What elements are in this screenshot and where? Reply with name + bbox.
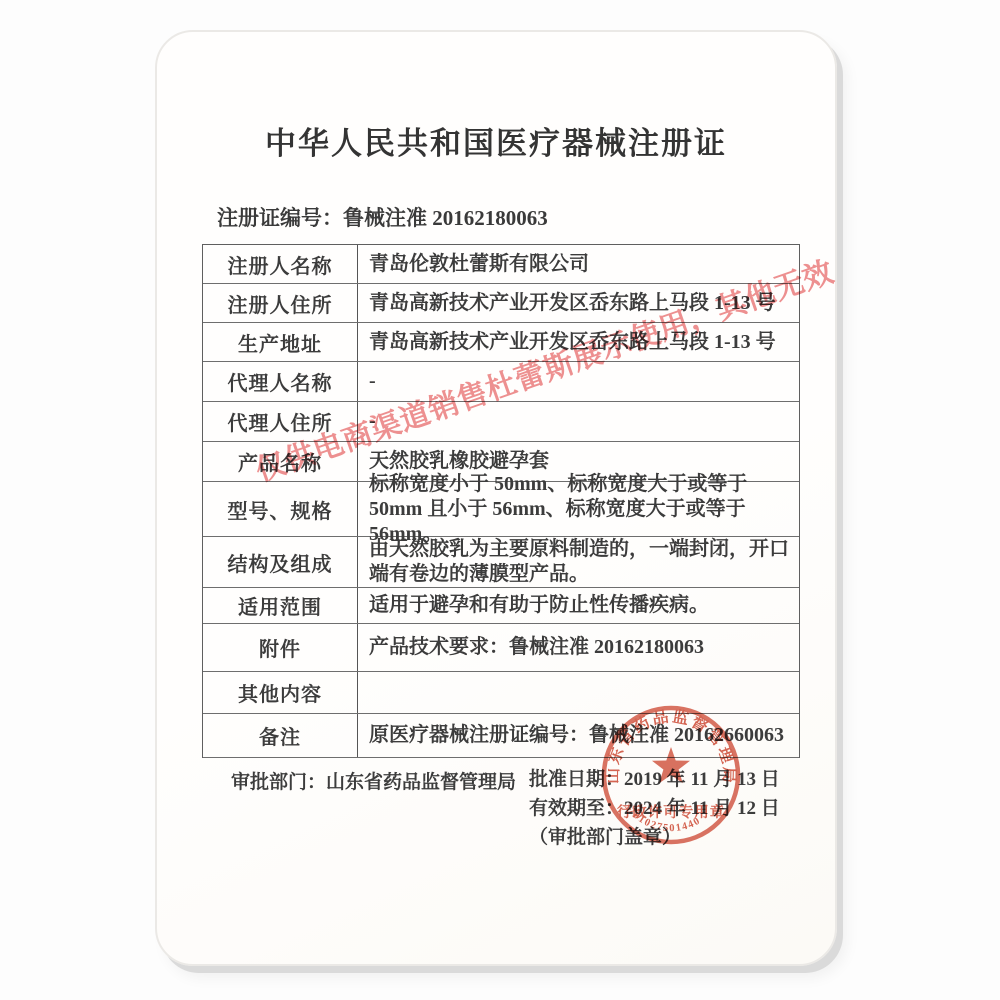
- table-row: 注册人名称 青岛伦敦杜蕾斯有限公司: [203, 245, 799, 284]
- row-value: 青岛高新技术产业开发区岙东路上马段 1-13 号: [358, 323, 799, 361]
- row-label: 其他内容: [203, 672, 358, 713]
- table-row: 型号、规格 标称宽度小于 50mm、标称宽度大于或等于 50mm 且小于 56m…: [203, 482, 799, 537]
- row-value: 产品技术要求：鲁械注准 20162180063: [358, 624, 799, 671]
- row-value: 由天然胶乳为主要原料制造的，一端封闭，开口端有卷边的薄膜型产品。: [358, 537, 799, 587]
- row-label: 型号、规格: [203, 482, 358, 536]
- row-value: 标称宽度小于 50mm、标称宽度大于或等于 50mm 且小于 56mm、标称宽度…: [358, 482, 799, 536]
- table-row: 适用范围 适用于避孕和有助于防止性传播疾病。: [203, 588, 799, 624]
- row-label: 注册人住所: [203, 284, 358, 322]
- table-row: 备注 原医疗器械注册证编号：鲁械注准 20162660063: [203, 714, 799, 758]
- screenshot: 中华人民共和国医疗器械注册证 注册证编号：鲁械注准 20162180063 注册…: [0, 0, 1000, 1000]
- table-row: 生产地址 青岛高新技术产业开发区岙东路上马段 1-13 号: [203, 323, 799, 362]
- row-label: 注册人名称: [203, 245, 358, 283]
- seal-note: （审批部门盖章）: [529, 823, 780, 852]
- registration-number-value: 鲁械注准 20162180063: [343, 206, 548, 230]
- row-label: 代理人住所: [203, 402, 358, 441]
- registration-number-line: 注册证编号：鲁械注准 20162180063: [217, 202, 548, 232]
- table-row: 附件 产品技术要求：鲁械注准 20162180063: [203, 624, 799, 672]
- row-label: 附件: [203, 624, 358, 671]
- certificate-title: 中华人民共和国医疗器械注册证: [157, 118, 835, 163]
- registration-number-label: 注册证编号：: [217, 206, 343, 230]
- row-value: -: [358, 362, 799, 401]
- row-value: 青岛高新技术产业开发区岙东路上马段 1-13 号: [358, 284, 799, 322]
- row-value: 原医疗器械注册证编号：鲁械注准 20162660063: [358, 714, 799, 757]
- approval-date: 批准日期：2019 年 11 月 13 日: [529, 765, 780, 794]
- row-label: 适用范围: [203, 588, 358, 623]
- table-row: 结构及组成 由天然胶乳为主要原料制造的，一端封闭，开口端有卷边的薄膜型产品。: [203, 537, 799, 588]
- row-value: -: [358, 402, 799, 441]
- table-row: 注册人住所 青岛高新技术产业开发区岙东路上马段 1-13 号: [203, 284, 799, 323]
- table-row: 代理人名称 -: [203, 362, 799, 402]
- row-value: 适用于避孕和有助于防止性传播疾病。: [358, 588, 799, 623]
- row-label: 备注: [203, 714, 358, 757]
- row-label: 产品名称: [203, 442, 358, 481]
- table-row: 代理人住所 -: [203, 402, 799, 442]
- row-value: [358, 672, 799, 713]
- certificate-table: 注册人名称 青岛伦敦杜蕾斯有限公司 注册人住所 青岛高新技术产业开发区岙东路上马…: [202, 244, 800, 758]
- approval-department: 审批部门：山东省药品监督管理局: [231, 767, 516, 794]
- valid-until: 有效期至：2024 年 11 月 12 日: [529, 794, 780, 823]
- certificate-card: 中华人民共和国医疗器械注册证 注册证编号：鲁械注准 20162180063 注册…: [155, 30, 837, 966]
- row-label: 代理人名称: [203, 362, 358, 401]
- row-value: 青岛伦敦杜蕾斯有限公司: [358, 245, 799, 283]
- approval-dates-block: 批准日期：2019 年 11 月 13 日 有效期至：2024 年 11 月 1…: [529, 765, 780, 852]
- row-label: 结构及组成: [203, 537, 358, 587]
- table-row: 其他内容: [203, 672, 799, 714]
- row-label: 生产地址: [203, 323, 358, 361]
